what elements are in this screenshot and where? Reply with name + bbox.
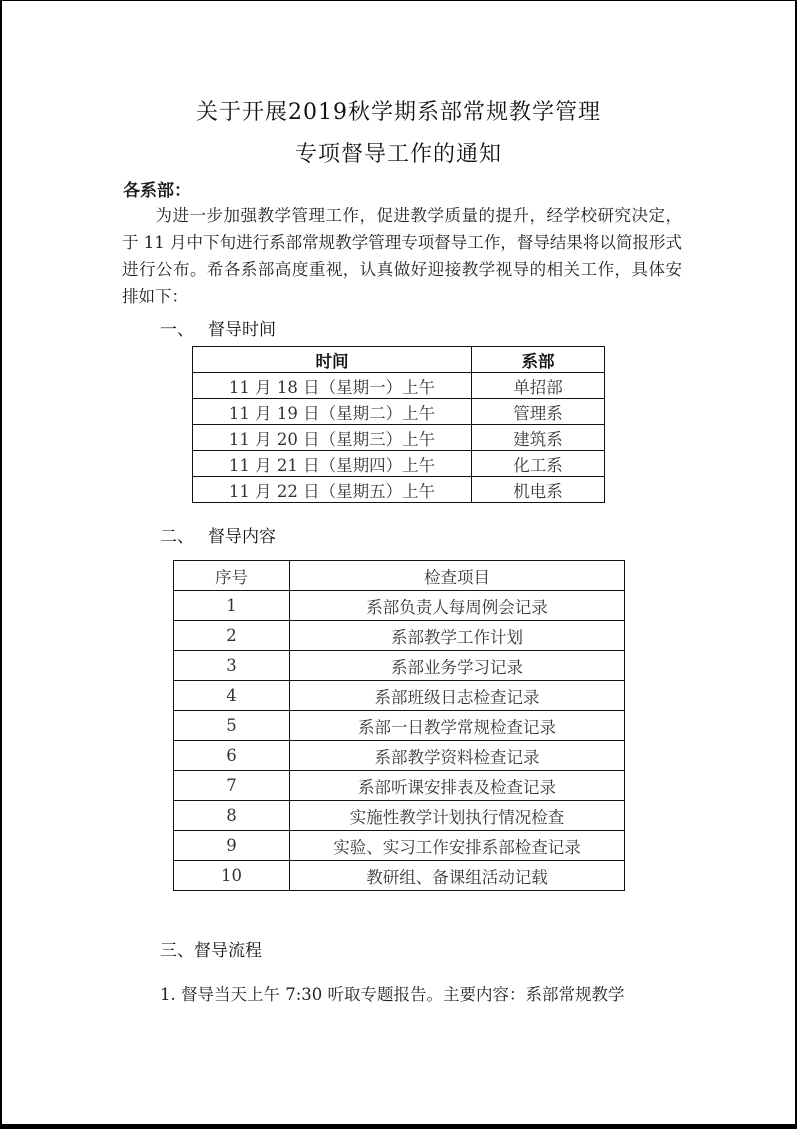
cell-item: 系部教学资料检查记录 xyxy=(290,741,625,771)
section-number: 一、 xyxy=(160,315,208,340)
column-header-number: 序号 xyxy=(174,561,290,591)
section-title: 督导时间 xyxy=(208,320,276,340)
cell-item: 系部负责人每周例会记录 xyxy=(290,591,625,621)
cell-number: 3 xyxy=(174,651,290,681)
column-header-item: 检查项目 xyxy=(290,561,625,591)
inspection-items-table: 序号 检查项目 1系部负责人每周例会记录 2系部教学工作计划 3系部业务学习记录… xyxy=(173,560,625,891)
section-title: 督导内容 xyxy=(208,527,276,547)
cell-time: 11 月 20 日（星期三）上午 xyxy=(193,425,472,451)
cell-number: 9 xyxy=(174,831,290,861)
cell-number: 2 xyxy=(174,621,290,651)
cell-time: 11 月 19 日（星期二）上午 xyxy=(193,399,472,425)
table-row: 6系部教学资料检查记录 xyxy=(174,741,625,771)
section-heading-content: 二、督导内容 xyxy=(160,522,276,547)
cell-number: 1 xyxy=(174,591,290,621)
table-row: 10教研组、备课组活动记载 xyxy=(174,861,625,891)
process-step: 1. 督导当天上午 7:30 听取专题报告。主要内容：系部常规教学 xyxy=(160,981,625,1005)
document-title-line1: 关于开展2019秋学期系部常规教学管理 xyxy=(0,95,797,126)
cell-item: 系部一日教学常规检查记录 xyxy=(290,711,625,741)
cell-number: 4 xyxy=(174,681,290,711)
cell-time: 11 月 21 日（星期四）上午 xyxy=(193,451,472,477)
cell-number: 7 xyxy=(174,771,290,801)
cell-department: 机电系 xyxy=(472,477,605,503)
cell-item: 系部业务学习记录 xyxy=(290,651,625,681)
table-row: 11 月 22 日（星期五）上午 机电系 xyxy=(193,477,605,503)
table-header-row: 序号 检查项目 xyxy=(174,561,625,591)
table-row: 5系部一日教学常规检查记录 xyxy=(174,711,625,741)
section-heading-time: 一、督导时间 xyxy=(160,315,276,340)
cell-time: 11 月 22 日（星期五）上午 xyxy=(193,477,472,503)
table-header-row: 时间 系部 xyxy=(193,347,605,373)
section-heading-process: 三、督导流程 xyxy=(160,936,262,961)
column-header-department: 系部 xyxy=(472,347,605,373)
cell-number: 6 xyxy=(174,741,290,771)
column-header-time: 时间 xyxy=(193,347,472,373)
table-row: 11 月 18 日（星期一）上午 单招部 xyxy=(193,373,605,399)
cell-item: 教研组、备课组活动记载 xyxy=(290,861,625,891)
intro-paragraph: 为进一步加强教学管理工作，促进教学质量的提升，经学校研究决定，于 11 月中下旬… xyxy=(122,202,682,310)
cell-number: 10 xyxy=(174,861,290,891)
table-row: 9实验、实习工作安排系部检查记录 xyxy=(174,831,625,861)
table-row: 7系部听课安排表及检查记录 xyxy=(174,771,625,801)
section-title: 督导流程 xyxy=(194,941,262,961)
cell-item: 实施性教学计划执行情况检查 xyxy=(290,801,625,831)
section-number: 二、 xyxy=(160,522,208,547)
cell-time: 11 月 18 日（星期一）上午 xyxy=(193,373,472,399)
document-title-line2: 专项督导工作的通知 xyxy=(0,137,797,168)
cell-department: 建筑系 xyxy=(472,425,605,451)
table-row: 11 月 19 日（星期二）上午 管理系 xyxy=(193,399,605,425)
table-row: 11 月 21 日（星期四）上午 化工系 xyxy=(193,451,605,477)
schedule-table: 时间 系部 11 月 18 日（星期一）上午 单招部 11 月 19 日（星期二… xyxy=(192,346,605,503)
cell-number: 5 xyxy=(174,711,290,741)
cell-department: 单招部 xyxy=(472,373,605,399)
table-row: 11 月 20 日（星期三）上午 建筑系 xyxy=(193,425,605,451)
cell-item: 系部教学工作计划 xyxy=(290,621,625,651)
cell-item: 实验、实习工作安排系部检查记录 xyxy=(290,831,625,861)
intro-paragraph-text: 为进一步加强教学管理工作，促进教学质量的提升，经学校研究决定，于 11 月中下旬… xyxy=(122,206,682,306)
cell-number: 8 xyxy=(174,801,290,831)
cell-item: 系部班级日志检查记录 xyxy=(290,681,625,711)
section-number: 三、 xyxy=(160,936,194,961)
cell-department: 化工系 xyxy=(472,451,605,477)
table-row: 4系部班级日志检查记录 xyxy=(174,681,625,711)
cell-item: 系部听课安排表及检查记录 xyxy=(290,771,625,801)
table-row: 8实施性教学计划执行情况检查 xyxy=(174,801,625,831)
table-row: 1系部负责人每周例会记录 xyxy=(174,591,625,621)
salutation: 各系部： xyxy=(123,176,191,201)
table-row: 2系部教学工作计划 xyxy=(174,621,625,651)
cell-department: 管理系 xyxy=(472,399,605,425)
table-row: 3系部业务学习记录 xyxy=(174,651,625,681)
